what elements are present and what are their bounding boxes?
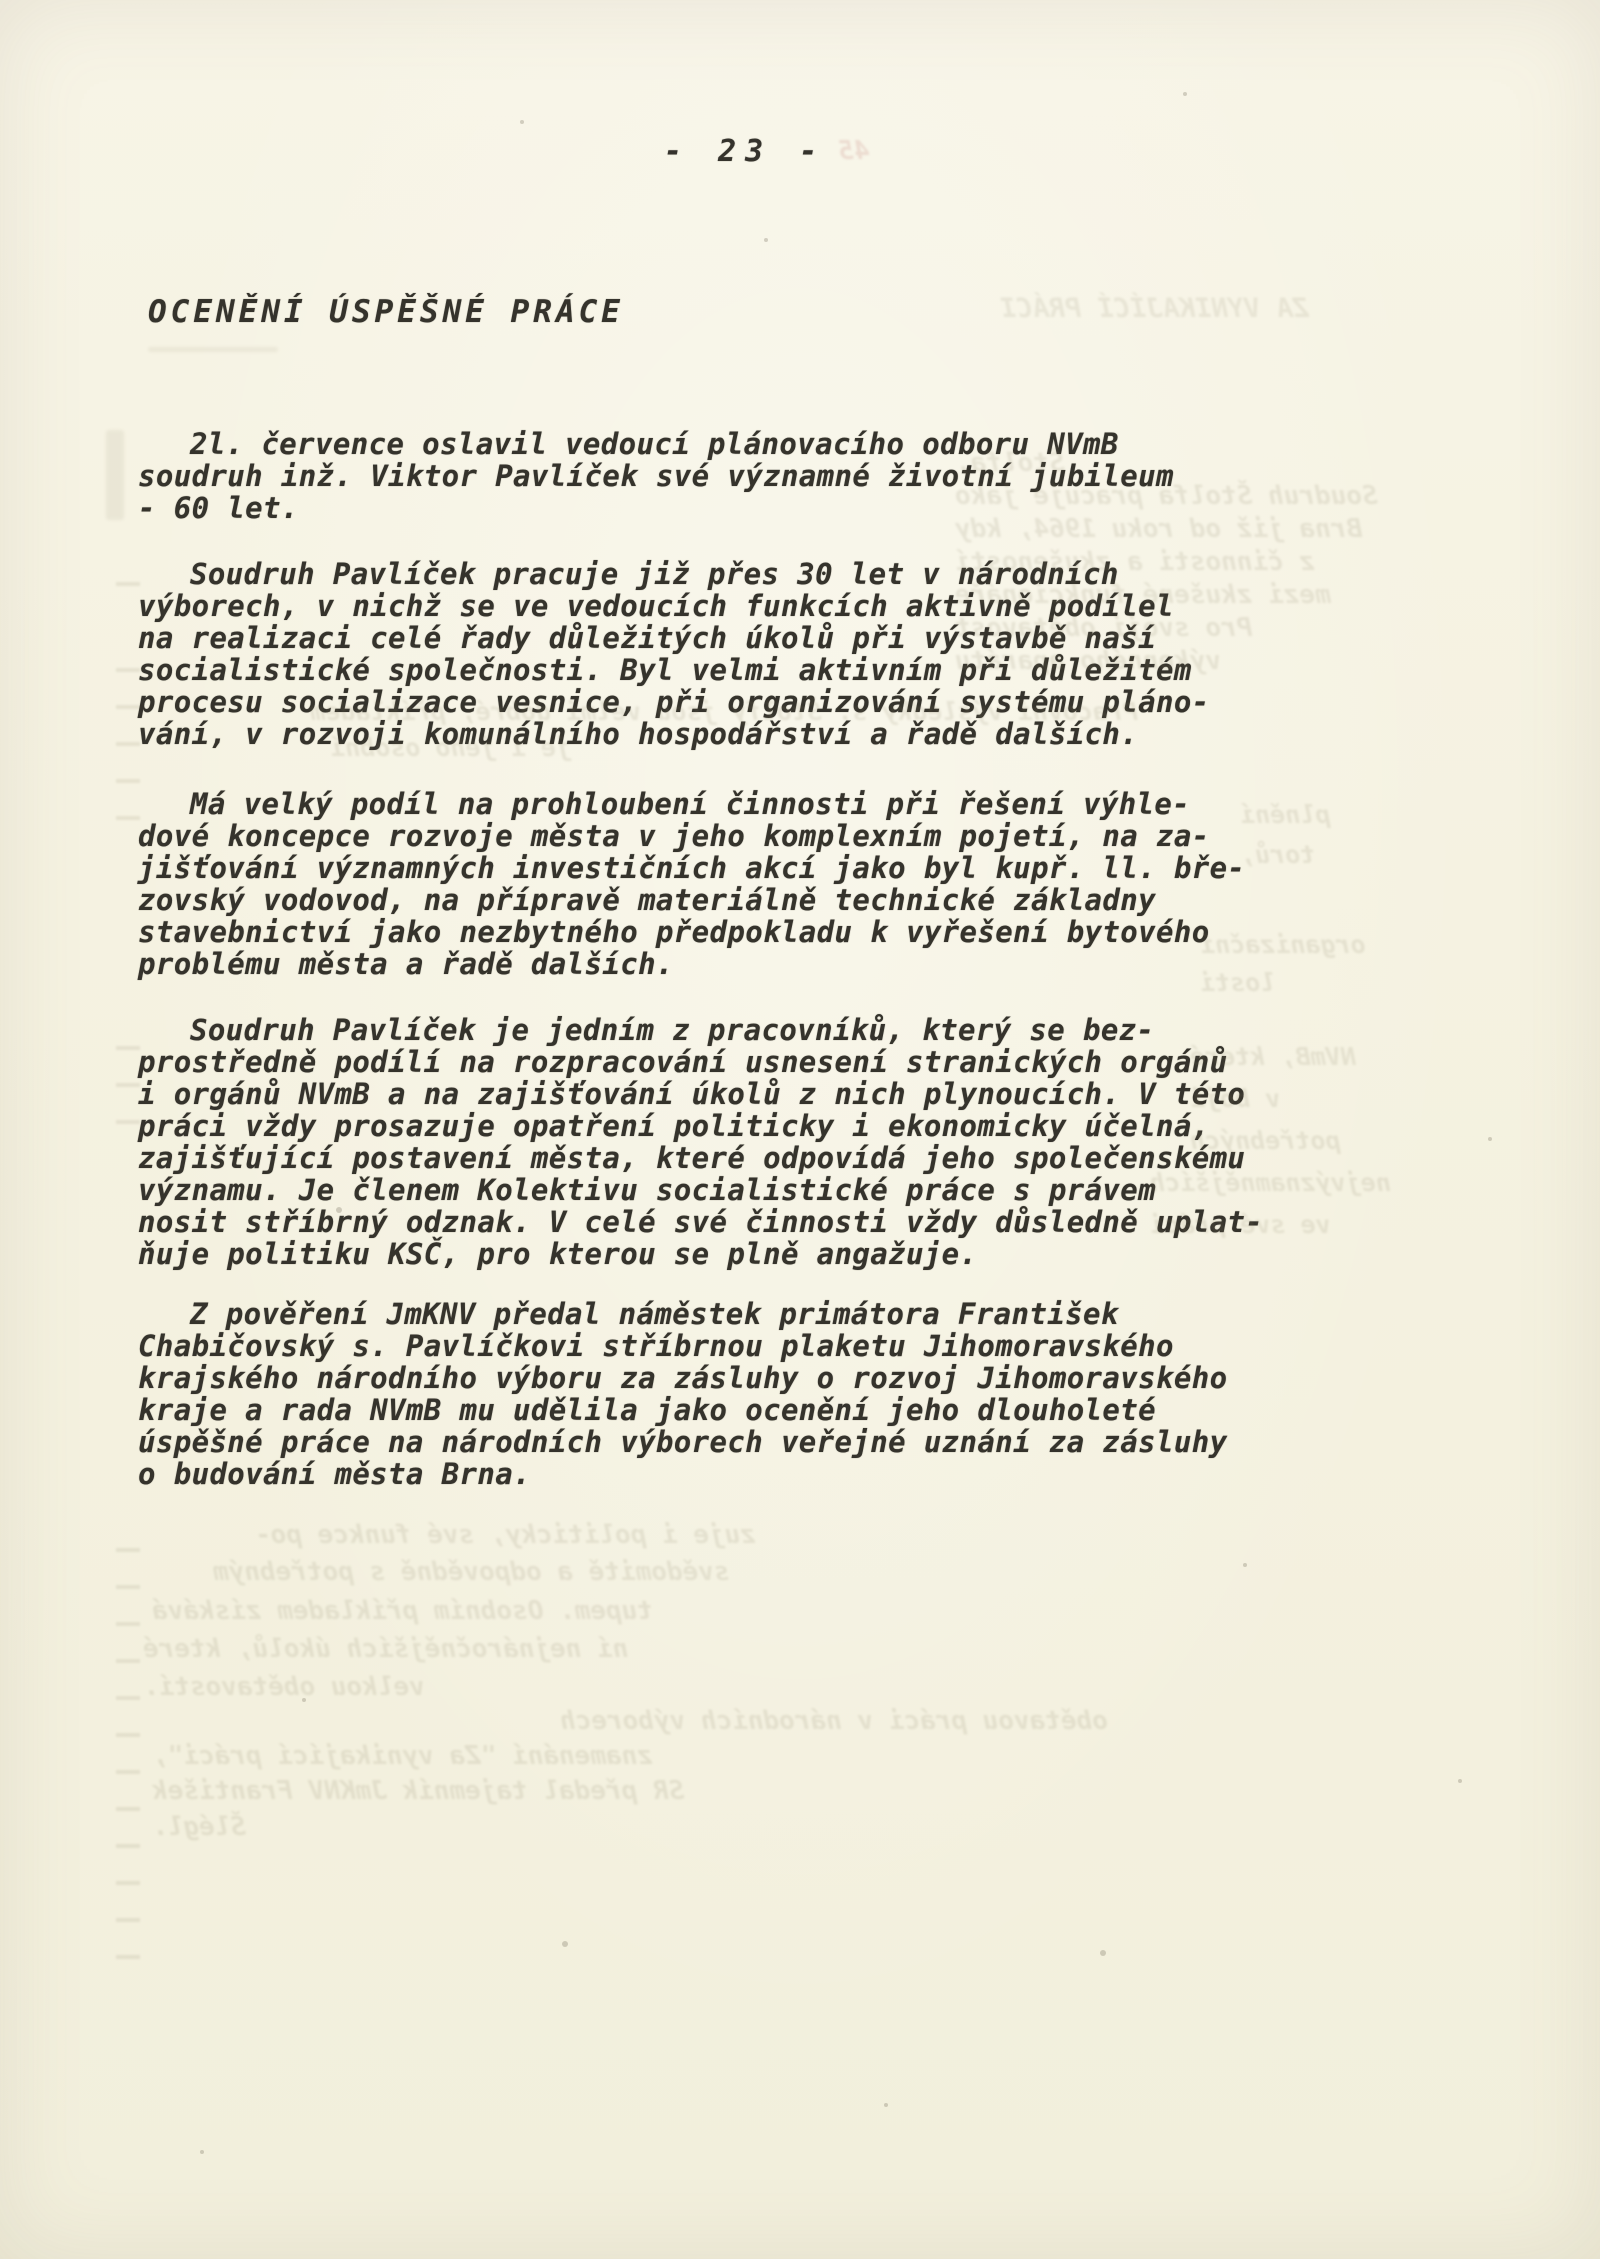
paper-speck	[1458, 1779, 1462, 1783]
text-line: zovský vodovod, na přípravě materiálně t…	[138, 884, 1498, 916]
text-line: práci vždy prosazuje opatření politicky …	[138, 1110, 1498, 1142]
text-line: úspěšné práce na národních výborech veře…	[138, 1426, 1498, 1458]
margin-bleed-mark	[116, 1770, 140, 1774]
margin-bleed-mark	[116, 816, 140, 820]
margin-bleed-mark	[116, 1548, 140, 1552]
paragraph: 2l. července oslavil vedoucí plánovacího…	[138, 428, 1498, 524]
paper-speck	[1100, 1950, 1106, 1956]
paragraph: Soudruh Pavlíček pracuje již přes 30 let…	[138, 558, 1498, 750]
text-line: socialistické společnosti. Byl velmi akt…	[138, 654, 1498, 686]
text-line: procesu socializace vesnice, při organiz…	[138, 686, 1498, 718]
margin-bleed-mark	[116, 1585, 140, 1589]
text-line: nosit stříbrný odznak. V celé své činnos…	[138, 1206, 1498, 1238]
paper-speck	[1243, 1563, 1247, 1567]
ink-smudge	[106, 430, 124, 520]
text-line: stavebnictví jako nezbytného předpokladu…	[138, 916, 1498, 948]
ghost-text-fragment: zuje i politicky, své funkce po-	[255, 1520, 756, 1550]
ghost-text-fragment: ZA VYNIKAJÍCÍ PRÁCI	[1000, 293, 1309, 324]
text-line: problému města a řadě dalších.	[138, 948, 1498, 980]
paper-speck	[200, 2150, 204, 2154]
ghost-text-fragment: velkou obětavostí.	[143, 1672, 425, 1702]
text-line: - 60 let.	[138, 492, 1498, 524]
paragraph: Z pověření JmKNV předal náměstek primáto…	[138, 1298, 1498, 1490]
paragraph: Má velký podíl na prohloubení činnosti p…	[138, 788, 1498, 980]
text-line: dové koncepce rozvoje města v jeho kompl…	[138, 820, 1498, 852]
ink-smudge	[148, 347, 278, 352]
margin-bleed-mark	[116, 1120, 140, 1124]
margin-bleed-mark	[116, 705, 140, 709]
ghost-text-fragment: tupem. Osobním příkladem získává	[152, 1596, 653, 1626]
paper-speck	[562, 1941, 568, 1947]
margin-bleed-mark	[116, 1733, 140, 1737]
text-line: na realizaci celé řady důležitých úkolů …	[138, 622, 1498, 654]
margin-bleed-mark	[116, 1622, 140, 1626]
margin-bleed-mark	[116, 742, 140, 746]
ghost-text-fragment: svědomitě a odpovědně s potřebným	[213, 1557, 730, 1587]
paragraph: Soudruh Pavlíček je jedním z pracovníků,…	[138, 1014, 1498, 1270]
margin-bleed-mark	[116, 1918, 140, 1922]
scanned-typewritten-page: - 23 - OCENĚNÍ ÚSPĚŠNÉ PRÁCE 2l. červenc…	[0, 0, 1600, 2259]
text-line: Chabičovský s. Pavlíčkovi stříbrnou plak…	[138, 1330, 1498, 1362]
ghost-text-fragment: 45	[838, 136, 869, 166]
paper-speck	[302, 1698, 306, 1702]
margin-bleed-mark	[116, 1881, 140, 1885]
paper-speck	[764, 238, 768, 242]
paper-speck	[336, 1207, 342, 1213]
margin-bleed-mark	[116, 1696, 140, 1700]
margin-bleed-mark	[116, 1807, 140, 1811]
text-line: i orgánů NVmB a na zajišťování úkolů z n…	[138, 1078, 1498, 1110]
text-line: Soudruh Pavlíček je jedním z pracovníků,…	[138, 1014, 1498, 1046]
text-line: výborech, v nichž se ve vedoucích funkcí…	[138, 590, 1498, 622]
text-line: zajišťující postavení města, které odpov…	[138, 1142, 1498, 1174]
text-line: ňuje politiku KSČ, pro kterou se plně an…	[138, 1238, 1498, 1270]
text-line: Soudruh Pavlíček pracuje již přes 30 let…	[138, 558, 1498, 590]
paper-speck	[1488, 1137, 1492, 1141]
ghost-text-fragment: SR předal tajemník JmKNV František	[152, 1776, 684, 1806]
margin-bleed-mark	[116, 1955, 140, 1959]
page-title: OCENĚNÍ ÚSPĚŠNÉ PRÁCE	[148, 294, 624, 330]
text-line: významu. Je členem Kolektivu socialistic…	[138, 1174, 1498, 1206]
text-line: vání, v rozvoji komunálního hospodářství…	[138, 718, 1498, 750]
margin-bleed-mark	[116, 1844, 140, 1848]
text-line: jišťování významných investičních akcí j…	[138, 852, 1498, 884]
text-line: o budování města Brna.	[138, 1458, 1498, 1490]
margin-bleed-mark	[116, 582, 140, 586]
margin-bleed-mark	[116, 779, 140, 783]
text-line: kraje a rada NVmB mu udělila jako oceněn…	[138, 1394, 1498, 1426]
page-number: - 23 -	[664, 134, 826, 169]
paper-speck	[1183, 92, 1187, 96]
margin-bleed-mark	[116, 1083, 140, 1087]
paper-speck	[520, 120, 524, 124]
margin-bleed-mark	[116, 1659, 140, 1663]
text-line: prostředně podílí na rozpracování usnese…	[138, 1046, 1498, 1078]
text-line: 2l. července oslavil vedoucí plánovacího…	[138, 428, 1498, 460]
text-line: Má velký podíl na prohloubení činnosti p…	[138, 788, 1498, 820]
text-line: krajského národního výboru za zásluhy o …	[138, 1362, 1498, 1394]
text-line: soudruh inž. Viktor Pavlíček své významn…	[138, 460, 1498, 492]
text-line: Z pověření JmKNV předal náměstek primáto…	[138, 1298, 1498, 1330]
ghost-text-fragment: obětavou práci v národních výborech	[560, 1706, 1108, 1736]
ghost-text-fragment: Šlégl.	[152, 1812, 246, 1842]
paper-speck	[884, 2103, 888, 2107]
ghost-text-fragment: znamenání "Za vynikající práci",	[152, 1741, 653, 1771]
margin-bleed-mark	[116, 1046, 140, 1050]
margin-bleed-mark	[116, 668, 140, 672]
ghost-text-fragment: ní nejnáročnějších úkolů, které	[143, 1634, 628, 1664]
